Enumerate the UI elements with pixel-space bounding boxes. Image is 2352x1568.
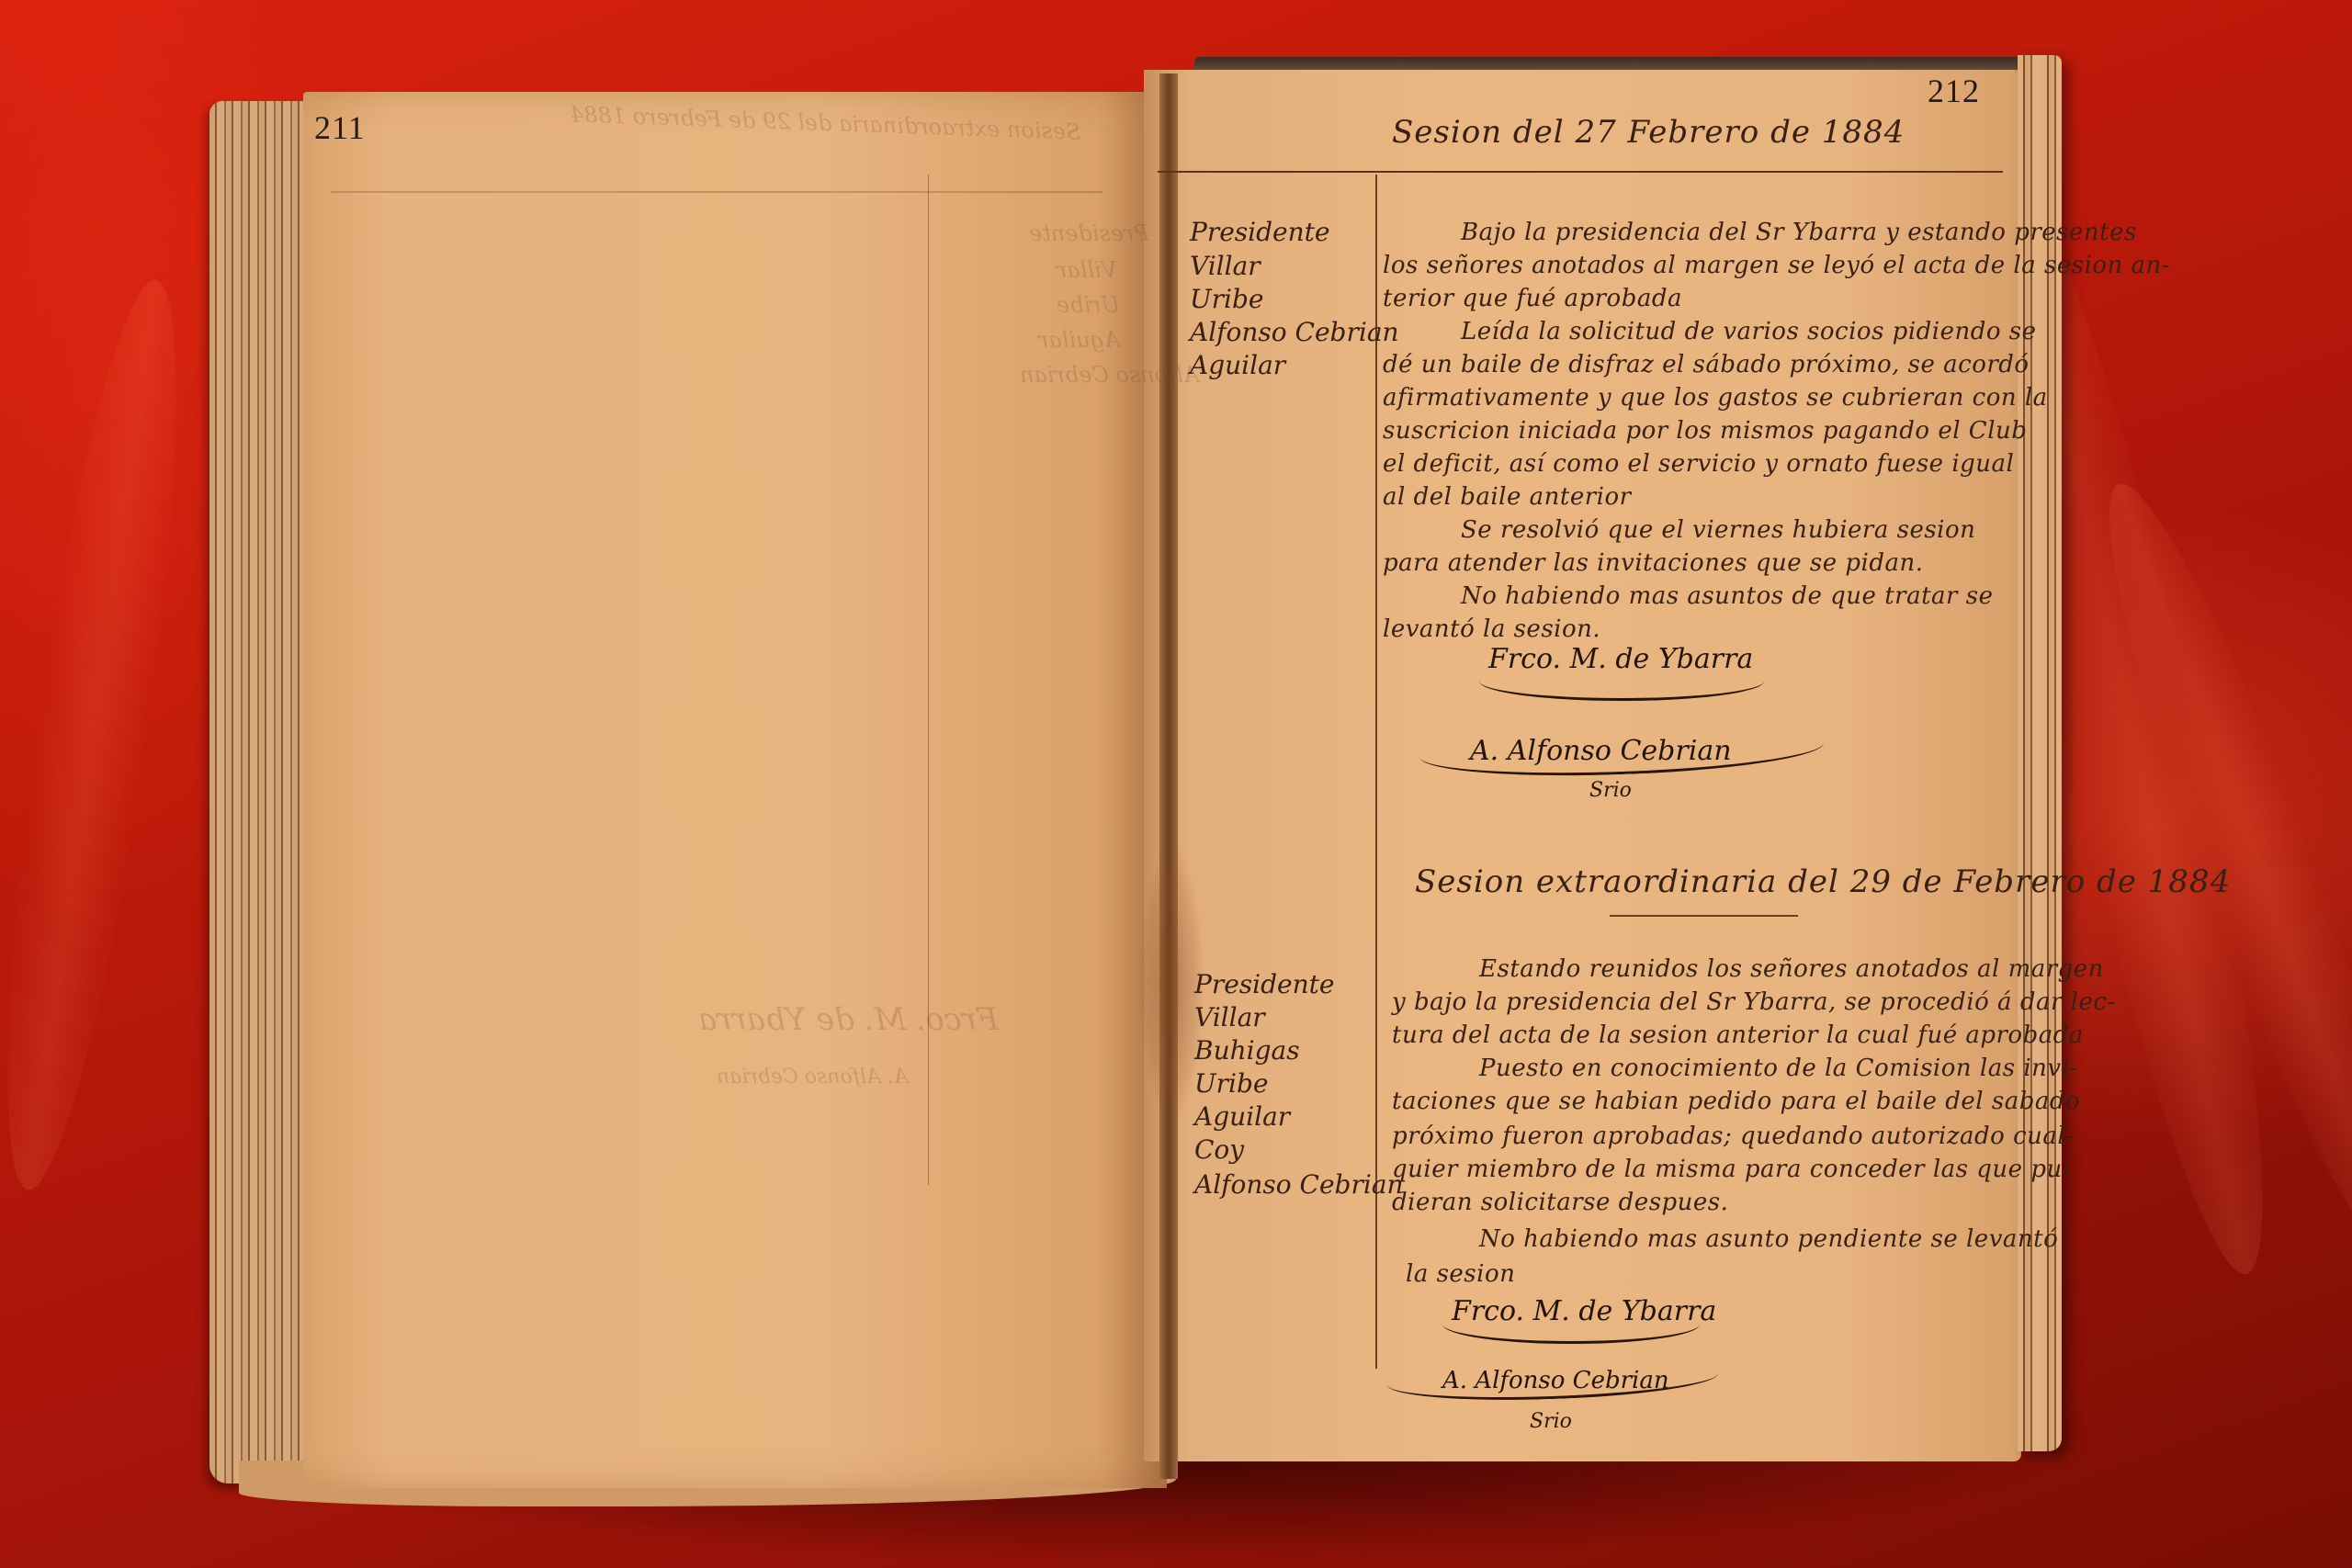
- attendee: Coy: [1194, 1134, 1244, 1167]
- minutes-line: Puesto en conocimiento de la Comision la…: [1479, 1055, 2078, 1082]
- header-double-rule: [1158, 171, 2003, 173]
- session-heading: Sesion extraordinaria del 29 de Febrero …: [1415, 863, 2231, 900]
- session-heading: Sesion del 27 Febrero de 1884: [1392, 114, 1905, 151]
- attendee: Alfonso Cebrian: [1194, 1168, 1404, 1201]
- minutes-line: No habiendo mas asuntos de que tratar se: [1461, 582, 1993, 610]
- minutes-line: para atender las invitaciones que se pid…: [1383, 549, 1924, 577]
- minutes-line: Leída la solicitud de varios socios pidi…: [1461, 318, 2037, 345]
- signature-flourish: [1479, 661, 1764, 701]
- attendee: Presidente: [1194, 968, 1334, 1001]
- minutes-line: Estando reunidos los señores anotados al…: [1479, 955, 2104, 983]
- minutes-line: taciones que se habian pedido para el ba…: [1392, 1088, 2080, 1115]
- minutes-line: quier miembro de la misma para conceder …: [1392, 1156, 2071, 1183]
- minutes-line: afirmativamente y que los gastos se cubr…: [1383, 384, 2048, 412]
- attendee: Aguilar: [1190, 349, 1285, 382]
- minutes-line: tura del acta de la sesion anterior la c…: [1392, 1021, 2084, 1049]
- minutes-line: el deficit, así como el servicio y ornat…: [1383, 450, 2014, 478]
- minutes-line: suscricion iniciada por los mismos pagan…: [1383, 417, 2027, 445]
- secretary-title: Srio: [1530, 1410, 1572, 1433]
- minutes-line: Bajo la presidencia del Sr Ybarra y esta…: [1461, 219, 2137, 246]
- bleed-through-signature: Frco. M. de Ybarra: [698, 1001, 999, 1038]
- open-ledger-book: 211 Sesion extraordinaria del 29 de Febr…: [0, 0, 2352, 1568]
- attendee: Uribe: [1194, 1067, 1268, 1100]
- minutes-line: la sesion: [1406, 1260, 1515, 1288]
- minutes-line: al del baile anterior: [1383, 483, 1632, 511]
- minutes-line: Se resolvió que el viernes hubiera sesio…: [1461, 516, 1975, 544]
- page-stack-left: [209, 101, 311, 1483]
- bleed-through-text: Uribe: [1057, 292, 1120, 318]
- heading-underline: [1610, 915, 1798, 917]
- minutes-line: próximo fueron aprobadas; quedando autor…: [1392, 1122, 2075, 1150]
- left-page: [303, 92, 1167, 1488]
- minutes-line: levantó la sesion.: [1383, 615, 1600, 643]
- attendee: Uribe: [1190, 283, 1263, 316]
- left-header-rule: [331, 191, 1102, 193]
- attendee: Aguilar: [1194, 1100, 1290, 1134]
- minutes-line: dé un baile de disfraz el sábado próximo…: [1383, 351, 2030, 378]
- attendee: Villar: [1194, 1001, 1265, 1034]
- page-number-right: 212: [1928, 72, 1980, 110]
- minutes-line: No habiendo mas asunto pendiente se leva…: [1479, 1225, 2058, 1253]
- minutes-line: y bajo la presidencia del Sr Ybarra, se …: [1392, 988, 2116, 1016]
- minutes-line: los señores anotados al margen se leyó e…: [1383, 252, 2170, 279]
- attendee: Alfonso Cebrian: [1190, 316, 1399, 349]
- bleed-through-text: Villar: [1057, 257, 1117, 283]
- signature-flourish: [1442, 1304, 1700, 1344]
- secretary-title: Srio: [1589, 779, 1632, 802]
- bleed-through-text: Alfonso Cebrian: [1020, 362, 1199, 388]
- minutes-line: dieran solicitarse despues.: [1392, 1189, 1728, 1216]
- page-number-left: 211: [314, 108, 366, 147]
- attendee: Presidente: [1190, 216, 1329, 249]
- bleed-through-signature: A. Alfonso Cebrian: [717, 1066, 909, 1089]
- bleed-through-text: Presidente: [1029, 220, 1149, 246]
- attendee: Buhigas: [1194, 1034, 1300, 1067]
- book-gutter: [1159, 73, 1178, 1479]
- minutes-line: terior que fué aprobada: [1383, 285, 1682, 312]
- attendee: Villar: [1190, 250, 1261, 283]
- bleed-through-text: Aguilar: [1038, 327, 1120, 353]
